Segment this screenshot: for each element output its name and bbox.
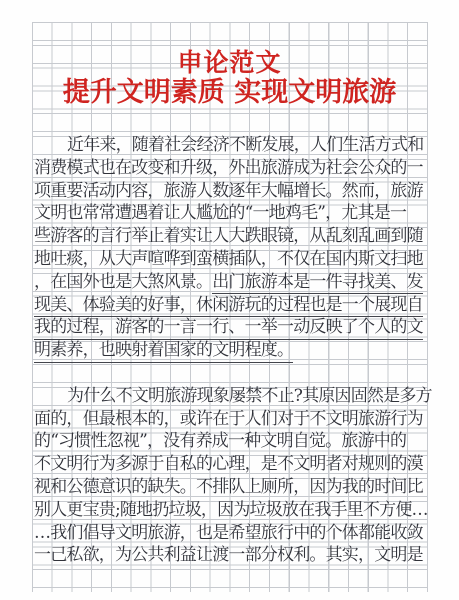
essay-blank-line [34, 362, 428, 385]
essay-title: 申论范文 提升文明素质 实现文明旅游 [0, 48, 459, 109]
essay-line: 地吐痰，从大声喧哗到蛮横插队，不仅在国内斯文扫地 [34, 248, 428, 271]
essay-line: 些游客的言行举止着实让人大跌眼镜，从乱刻乱画到随 [34, 225, 428, 248]
line-text: 别人更宝贵;随地扔垃圾，因为垃圾放在我手里不方便… [34, 500, 428, 520]
essay-line: 面的，但最根本的，或许在于人们对于不文明旅游行为 [34, 408, 428, 431]
essay-line: 我的过程，游客的一言一行、一举一动反映了个人的文 [34, 316, 428, 339]
line-text-underlined: 出门旅游本是一件寻找美、发 [212, 272, 423, 295]
line-text: ，在国外也是大煞风景。 [34, 272, 212, 292]
essay-line: 不文明行为多源于自私的心理，是不文明者对规则的漠 [34, 453, 428, 476]
essay-line: 近年来，随着社会经济不断发展，人们生活方式和 [34, 134, 428, 157]
line-text-underlined: 现美、体验美的好事，休闲游玩的过程也是一个展现自 [34, 295, 423, 318]
essay-line: 为什么不文明旅游现象屡禁不止?其原因固然是多方 [34, 385, 428, 408]
essay-line: 项重要活动内容，旅游人数逐年大幅增长。然而，旅游 [34, 180, 428, 203]
essay-line: 的“习惯性忽视”，没有养成一种文明自觉。旅游中的 [34, 430, 428, 453]
essay-line: 一己私欲，为公共利益让渡一部分权利。其实，文明是 [34, 544, 428, 567]
title-line-2: 提升文明素质 实现文明旅游 [0, 77, 459, 109]
line-text: 消费模式也在改变和升级，外出旅游成为社会公众的一 [34, 158, 423, 178]
essay-line: 别人更宝贵;随地扔垃圾，因为垃圾放在我手里不方便… [34, 499, 428, 522]
line-text: 文明也常常遭遇着让人尴尬的“一地鸡毛”，尤其是一 [34, 203, 406, 223]
essay-line: 消费模式也在改变和升级，外出旅游成为社会公众的一 [34, 157, 428, 180]
line-text: 一己私欲，为公共利益让渡一部分权利。其实，文明是 [34, 545, 423, 565]
line-text: 些游客的言行举止着实让人大跌眼镜，从乱刻乱画到随 [34, 226, 423, 246]
essay-page: 申论范文 提升文明素质 实现文明旅游 近年来，随着社会经济不断发展，人们生活方式… [0, 0, 459, 600]
essay-line: 明素养，也映射着国家的文明程度。 [34, 339, 428, 362]
line-text: …我们倡导文明旅游，也是希望旅行中的个体都能收敛 [34, 523, 423, 543]
line-text-underlined: 我的过程，游客的一言一行、一举一动反映了个人的文 [34, 317, 423, 340]
essay-line: 现美、体验美的好事，休闲游玩的过程也是一个展现自 [34, 294, 428, 317]
essay-line: 视和公德意识的缺失。不排队上厕所，因为我的时间比 [34, 476, 428, 499]
title-line-1: 申论范文 [0, 48, 459, 77]
essay-line: …我们倡导文明旅游，也是希望旅行中的个体都能收敛 [34, 522, 428, 545]
line-text: 地吐痰，从大声喧哗到蛮横插队，不仅在国内斯文扫地 [34, 249, 423, 269]
essay-body: 近年来，随着社会经济不断发展，人们生活方式和消费模式也在改变和升级，外出旅游成为… [34, 134, 428, 567]
essay-line: ，在国外也是大煞风景。出门旅游本是一件寻找美、发 [34, 271, 428, 294]
line-text: 面的，但最根本的，或许在于人们对于不文明旅游行为 [34, 409, 423, 429]
line-text-underlined: 明素养，也映射着国家的文明程度。 [34, 340, 293, 363]
line-text: 不文明行为多源于自私的心理，是不文明者对规则的漠 [34, 454, 423, 474]
essay-line: 文明也常常遭遇着让人尴尬的“一地鸡毛”，尤其是一 [34, 202, 428, 225]
line-text: 近年来，随着社会经济不断发展，人们生活方式和 [67, 135, 423, 155]
line-text: 视和公德意识的缺失。不排队上厕所，因为我的时间比 [34, 477, 423, 497]
line-text: 项重要活动内容，旅游人数逐年大幅增长。然而，旅游 [34, 181, 423, 201]
line-text: 为什么不文明旅游现象屡禁不止?其原因固然是多方 [67, 386, 432, 406]
line-text: 的“习惯性忽视”，没有养成一种文明自觉。旅游中的 [34, 431, 406, 451]
